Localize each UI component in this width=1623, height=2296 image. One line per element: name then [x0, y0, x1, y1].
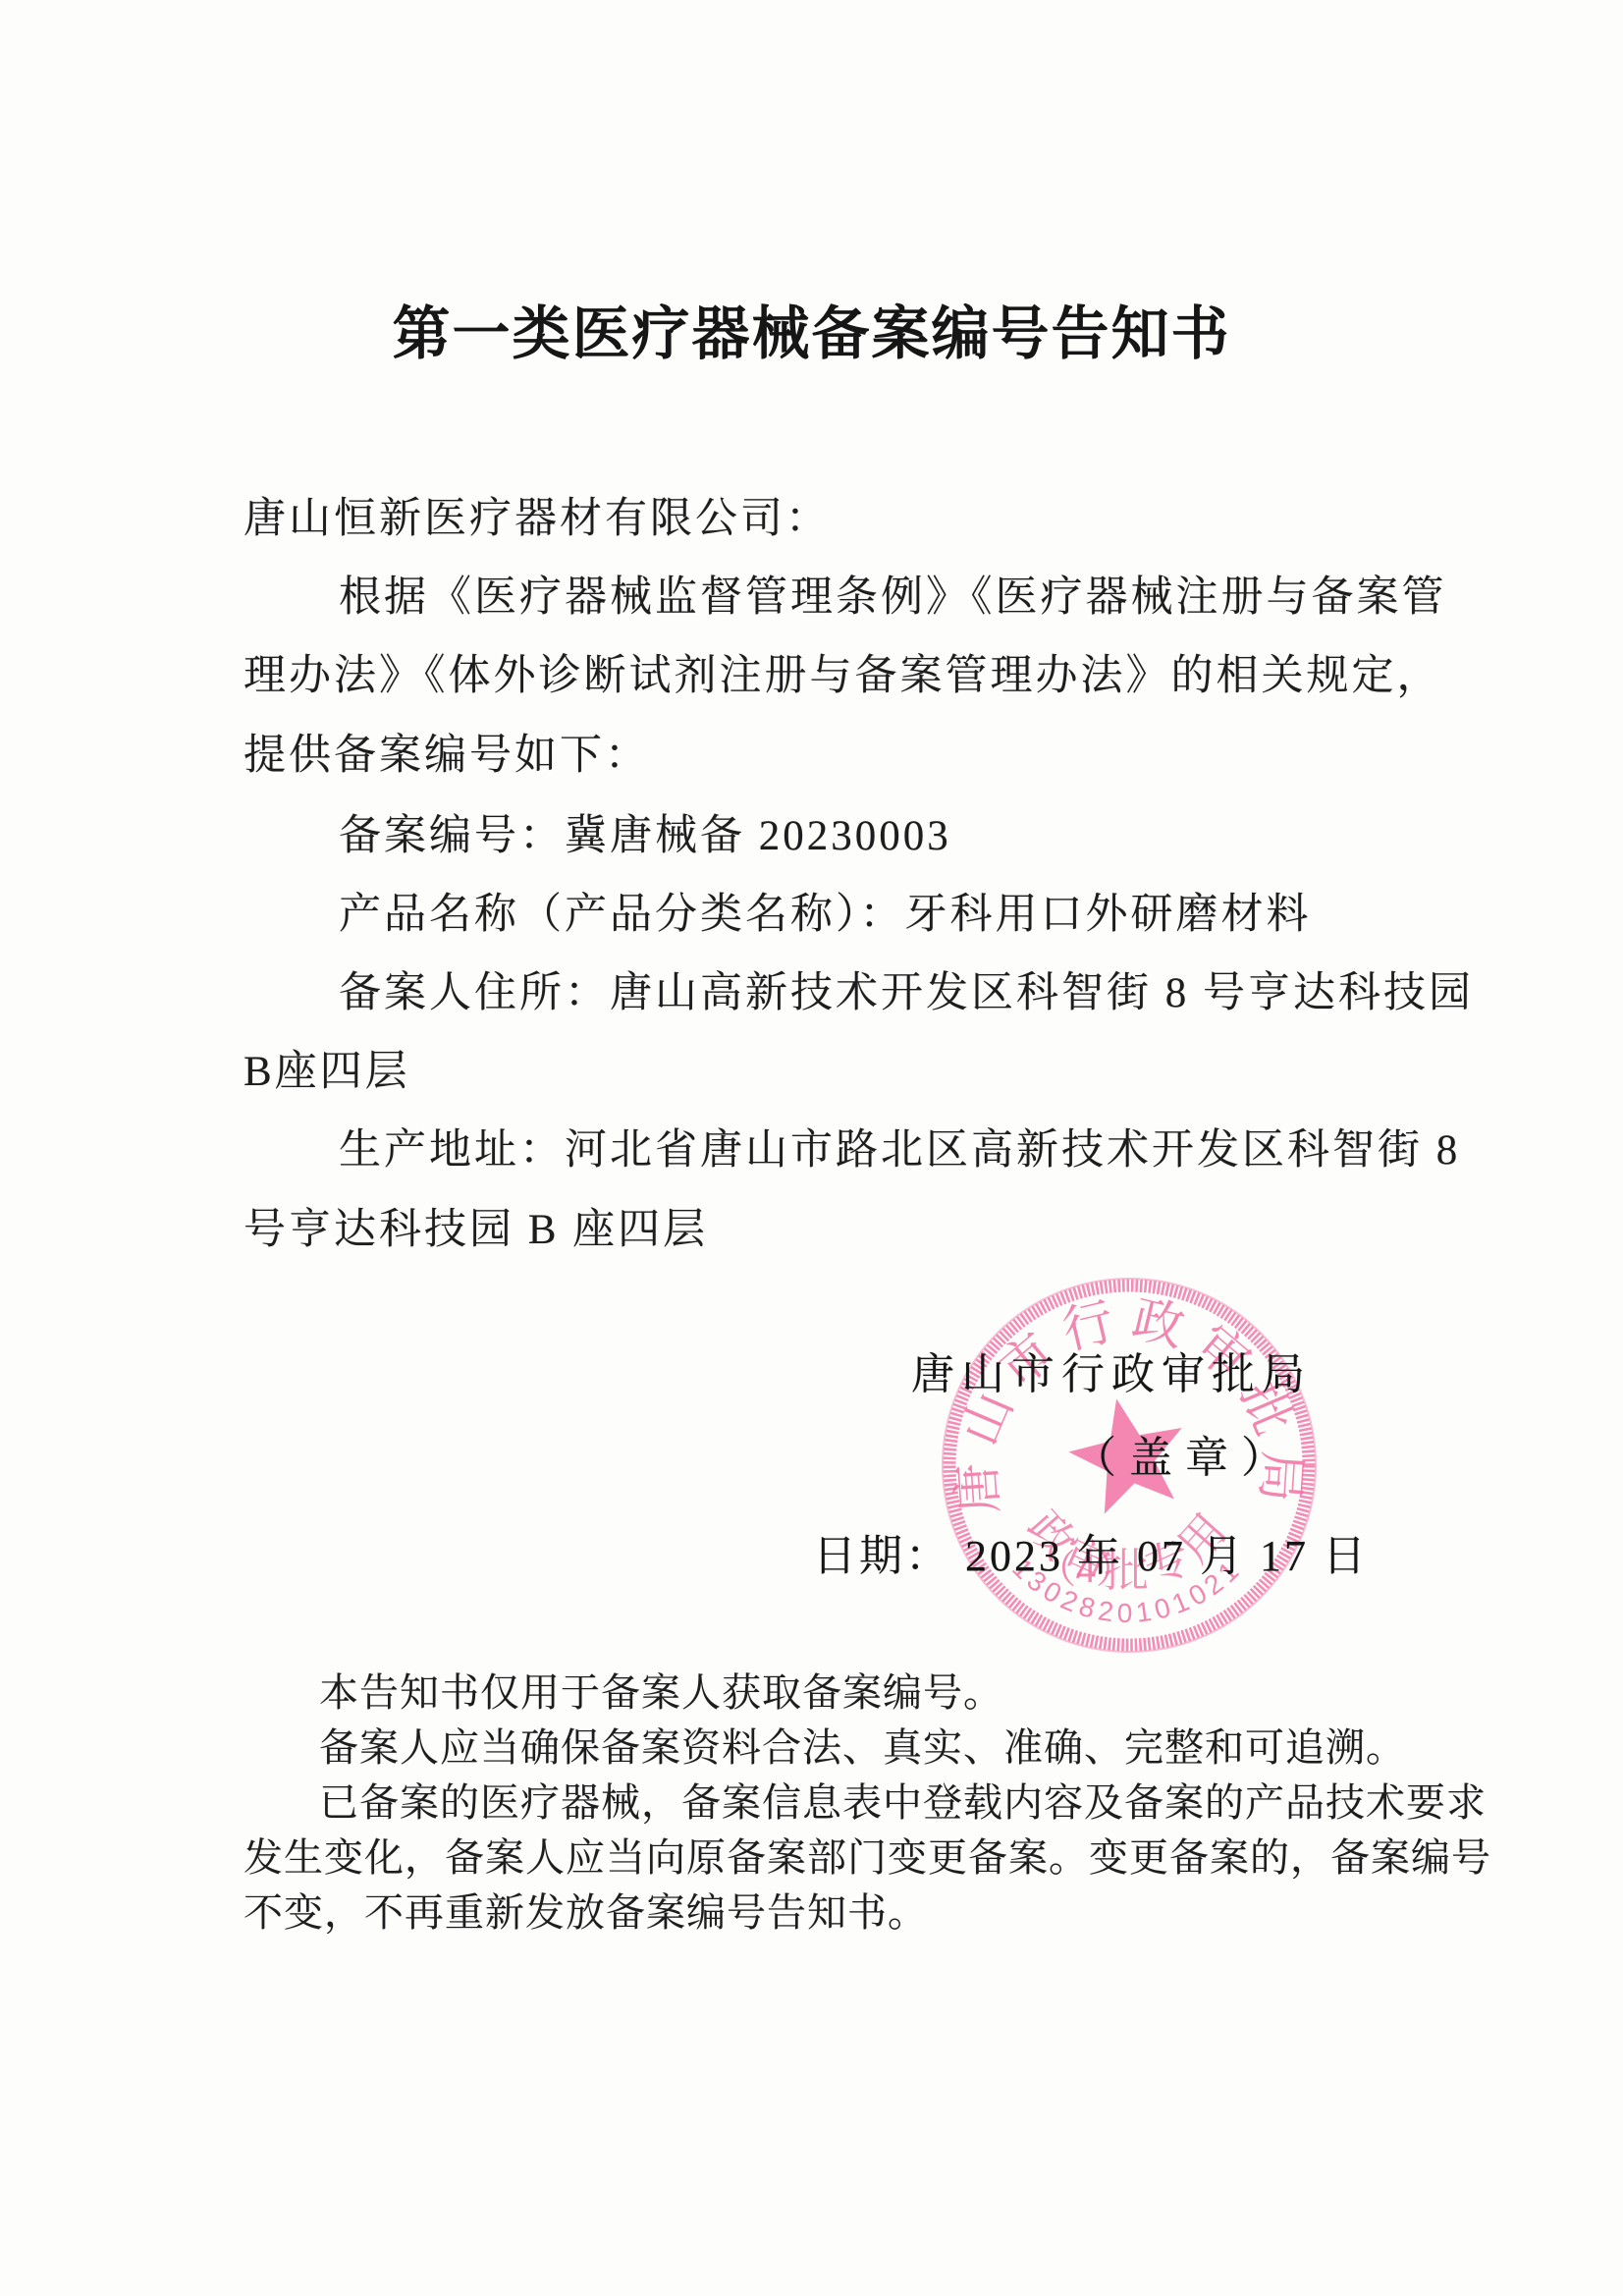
note-line: 本告知书仅用于备案人获取备案编号。	[319, 1662, 1003, 1718]
addressee-line: 唐山恒新医疗器材有限公司：	[243, 485, 831, 545]
document-title: 第一类医疗器械备案编号告知书	[0, 287, 1623, 370]
note-line: 发生变化，备案人应当向原备案部门变更备案。变更备案的，备案编号	[243, 1827, 1491, 1883]
document-page: 第一类医疗器械备案编号告知书 唐山恒新医疗器材有限公司： 根据《医疗器械监督管理…	[0, 0, 1623, 2296]
body-line: B座四层	[243, 1038, 410, 1098]
note-line: 不变，不再重新发放备案编号告知书。	[243, 1882, 928, 1938]
body-line: 理办法》《体外诊断试剂注册与备案管理办法》的相关规定，	[243, 642, 1442, 702]
note-line: 已备案的医疗器械，备案信息表中登载内容及备案的产品技术要求	[319, 1772, 1487, 1828]
date-line: 日期： 2023 年 07 月 17 日	[813, 1520, 1369, 1583]
body-line: 号亨达科技园 B 座四层	[243, 1196, 708, 1256]
body-line-production-address: 生产地址：河北省唐山市路北区高新技术开发区科智街 8	[339, 1117, 1460, 1176]
body-line: 提供备案编号如下：	[243, 722, 650, 782]
seal-note: （盖章）	[1073, 1422, 1297, 1485]
body-line-registrant-address: 备案人住所：唐山高新技术开发区科智街 8 号亨达科技园	[339, 959, 1474, 1019]
agency-name: 唐山市行政审批局	[911, 1339, 1312, 1401]
body-line: 根据《医疗器械监督管理条例》《医疗器械注册与备案管	[339, 564, 1447, 624]
body-line-record-number: 备案编号：冀唐械备 20230003	[339, 802, 951, 862]
note-line: 备案人应当确保备案资料合法、真实、准确、完整和可追溯。	[319, 1717, 1406, 1773]
body-line-product-name: 产品名称（产品分类名称）：牙科用口外研磨材料	[339, 881, 1312, 941]
